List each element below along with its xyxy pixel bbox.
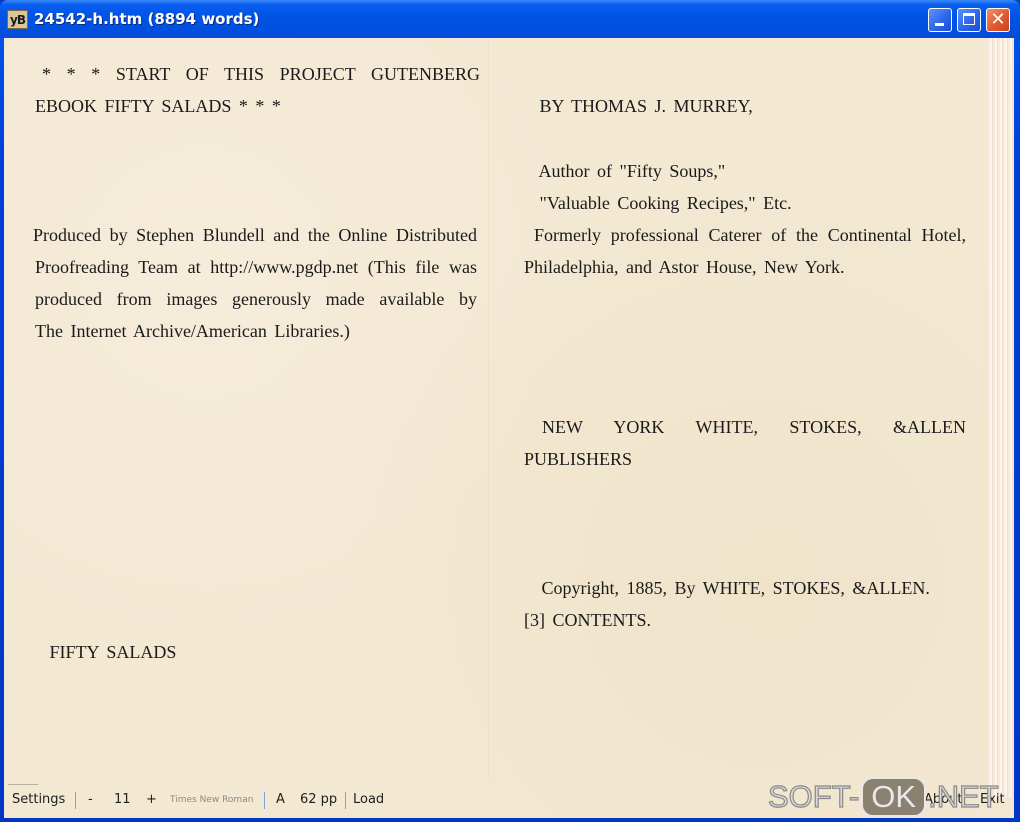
text-line: NEW YORK WHITE, STOKES, &ALLEN	[542, 411, 966, 443]
text-line: Proofreading Team at http://www.pgdp.net…	[35, 251, 477, 283]
book-page-edges	[988, 38, 1014, 798]
text-line: Author of "Fifty Soups,"	[532, 155, 725, 187]
page-count: 62 pp	[300, 792, 337, 807]
minimize-button[interactable]	[928, 8, 952, 32]
text-line: The Internet Archive/American Libraries.…	[35, 315, 350, 347]
close-button[interactable]: ✕	[986, 8, 1010, 32]
text-line: Produced by Stephen Blundell and the Onl…	[33, 219, 477, 251]
app-logo-icon[interactable]: yB	[7, 10, 28, 29]
book-spine-divider	[488, 38, 490, 778]
text-line: Formerly professional Caterer of the Con…	[534, 219, 966, 251]
separator	[345, 792, 346, 809]
title-bar[interactable]: yB 24542-h.htm (8894 words) ✕	[0, 0, 1020, 38]
font-style-button[interactable]: A	[276, 792, 285, 807]
font-increase-button[interactable]: +	[146, 792, 157, 807]
close-icon: ✕	[987, 9, 1009, 31]
divider	[8, 784, 38, 785]
separator	[264, 792, 265, 809]
text-line: produced from images generously made ava…	[35, 283, 477, 315]
app-window: yB 24542-h.htm (8894 words) ✕ * * * STAR…	[0, 0, 1020, 822]
minimize-icon	[935, 23, 944, 26]
watermark-logo: SOFT- OK .NET	[768, 776, 999, 818]
text-line: * * * START OF THIS PROJECT GUTENBERG	[42, 58, 480, 90]
text-line: PUBLISHERS	[524, 443, 632, 475]
window-border	[0, 818, 1020, 822]
font-decrease-button[interactable]: -	[88, 792, 93, 807]
load-button[interactable]: Load	[353, 792, 384, 807]
reader-area[interactable]: * * * START OF THIS PROJECT GUTENBERG EB…	[4, 38, 1014, 818]
watermark-suffix: .NET	[928, 779, 999, 815]
maximize-button[interactable]	[957, 8, 981, 32]
watermark-ok: OK	[861, 777, 926, 817]
watermark-prefix: SOFT-	[768, 779, 859, 815]
text-line: Copyright, 1885, By WHITE, STOKES, &ALLE…	[534, 572, 930, 604]
separator	[75, 792, 76, 809]
text-line: "Valuable Cooking Recipes," Etc.	[532, 187, 792, 219]
maximize-icon	[963, 13, 975, 25]
text-line: Philadelphia, and Astor House, New York.	[524, 251, 844, 283]
font-size-value: 11	[114, 792, 131, 807]
font-name-selector[interactable]: Times New Roman	[170, 795, 253, 805]
window-title: 24542-h.htm (8894 words)	[34, 10, 259, 28]
text-line: [3] CONTENTS.	[524, 604, 651, 636]
text-line: BY THOMAS J. MURREY,	[532, 90, 753, 122]
text-line: EBOOK FIFTY SALADS * * *	[35, 90, 281, 122]
settings-button[interactable]: Settings	[12, 792, 65, 807]
text-line: FIFTY SALADS	[42, 636, 176, 668]
